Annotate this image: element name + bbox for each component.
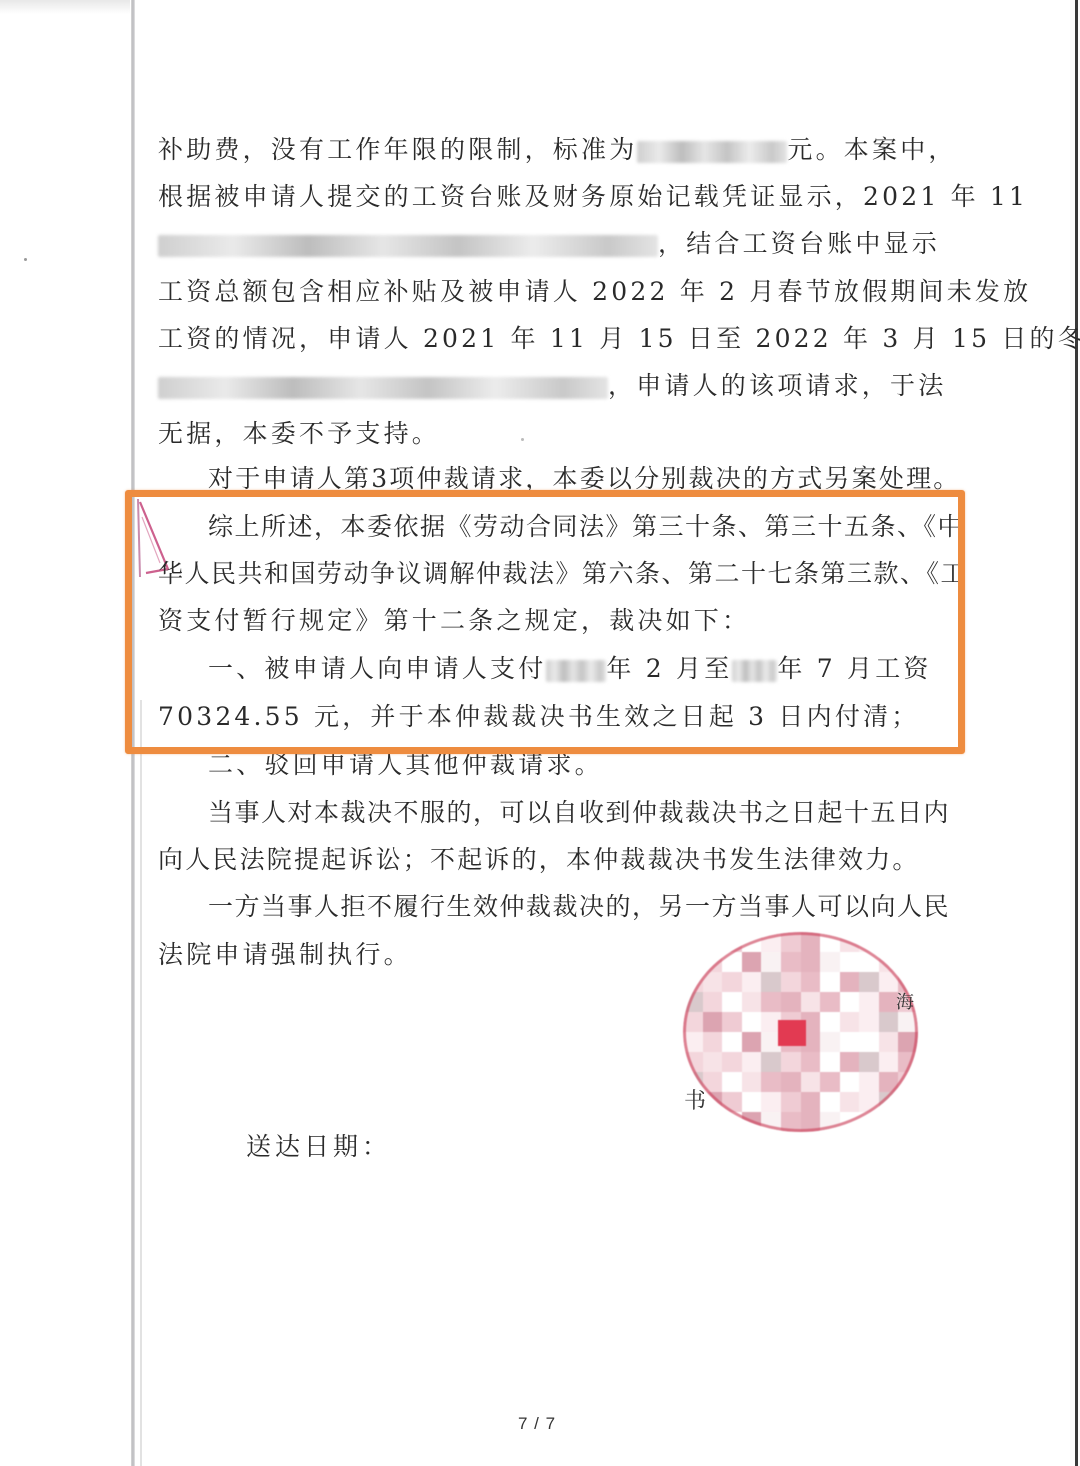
delivery-date-label: 送达日期： <box>246 1131 391 1163</box>
paragraph-line: 根据被申请人提交的工资台账及财务原始记载凭证显示，2021 年 11 <box>158 181 918 213</box>
seal-visible-char: 书 <box>684 1084 706 1115</box>
paragraph-line: ，申请人的该项请求，于法 <box>158 370 918 402</box>
official-seal-pixelated <box>683 932 918 1132</box>
seal-mosaic-cell <box>879 932 899 952</box>
seal-mosaic-cell <box>683 1112 703 1132</box>
page-right-edge <box>1075 0 1078 1466</box>
enforcement-notice-line: 一方当事人拒不履行生效仲裁裁决的，另一方当事人可以向人民 <box>158 891 918 923</box>
seal-mosaic-cell <box>683 952 703 972</box>
text: ，申请人的该项请求，于法 <box>608 371 946 400</box>
appeal-notice-line: 当事人对本裁决不服的，可以自收到仲裁裁决书之日起十五日内 <box>158 797 918 829</box>
redacted-amount <box>637 141 787 163</box>
seal-mosaic-cell <box>898 932 918 952</box>
paragraph-line: 无据，本委不予支持。 <box>158 418 918 450</box>
seal-ring <box>683 932 918 1132</box>
appeal-notice-line: 向人民法院提起诉讼；不起诉的，本仲裁裁决书发生法律效力。 <box>158 844 918 876</box>
page-number: 7 / 7 <box>518 1414 556 1434</box>
redacted-text <box>158 377 608 399</box>
seal-mosaic-cell <box>703 1112 723 1132</box>
paragraph-line: 补助费，没有工作年限的限制，标准为元。本案中， <box>158 134 918 166</box>
seal-mosaic-cell <box>703 932 723 952</box>
text: 元。本案中， <box>787 135 956 164</box>
text: ，结合工资台账中显示 <box>658 229 940 258</box>
seal-mosaic-cell <box>898 1112 918 1132</box>
seal-mosaic-cell <box>898 952 918 972</box>
redacted-text <box>158 235 658 257</box>
paragraph-line: ，结合工资台账中显示 <box>158 228 918 260</box>
page-fold-line-secondary <box>140 700 142 1466</box>
highlight-annotation-box <box>125 490 965 754</box>
scan-speck <box>24 258 27 261</box>
seal-mosaic-cell <box>879 1112 899 1132</box>
paragraph-line: 工资总额包含相应补贴及被申请人 2022 年 2 月春节放假期间未发放 <box>158 276 918 308</box>
seal-mosaic-cell <box>898 1092 918 1112</box>
seal-visible-char: 海 <box>896 988 914 1014</box>
paragraph-line: 工资的情况，申请人 2021 年 11 月 15 日至 2022 年 3 月 1… <box>158 323 918 355</box>
text: 补助费，没有工作年限的限制，标准为 <box>158 135 637 164</box>
seal-mosaic-cell <box>683 932 703 952</box>
scan-top-shadow <box>0 0 130 14</box>
